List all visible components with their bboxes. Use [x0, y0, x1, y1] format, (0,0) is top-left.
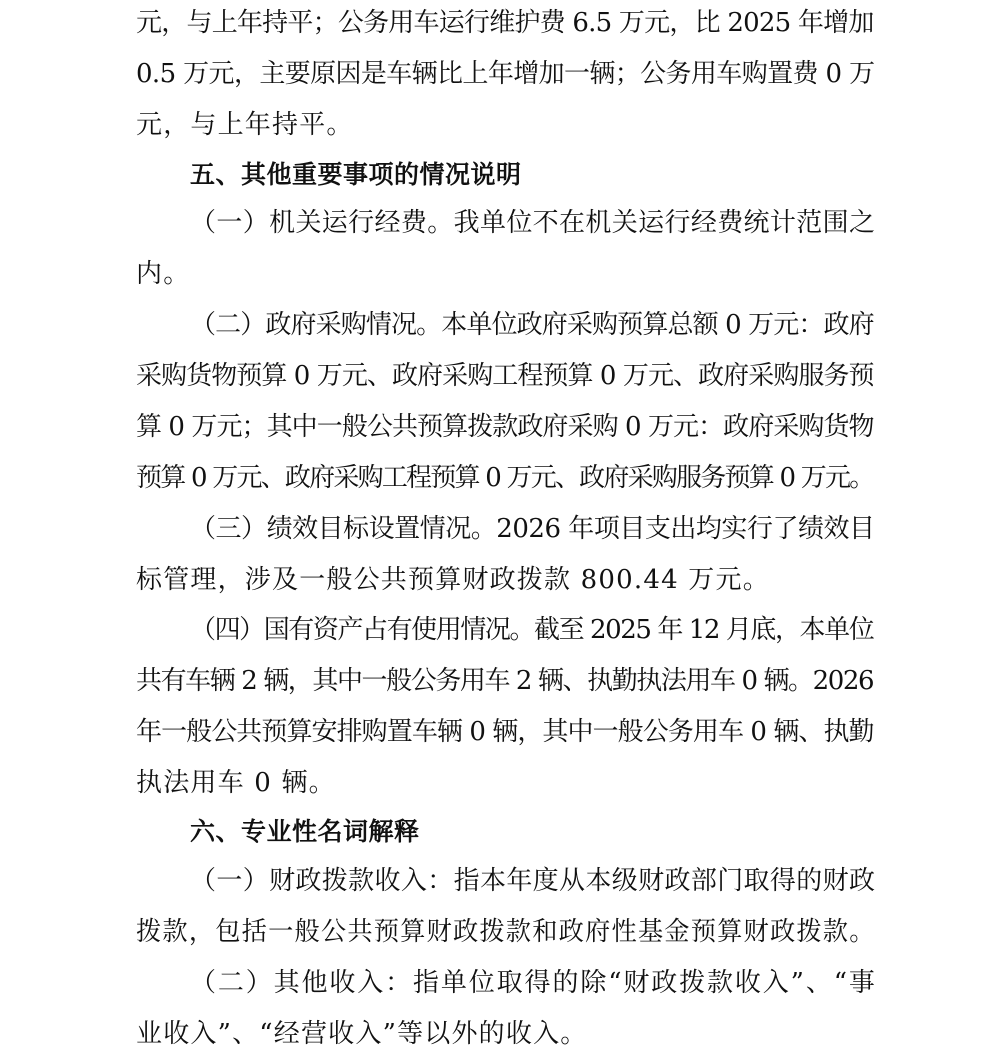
paragraph-line: 元，与上年持平。: [136, 100, 354, 151]
paragraph-line: 采购货物预算 0 万元、政府采购工程预算 0 万元、政府采购服务预: [136, 351, 874, 402]
paragraph-line: （一）机关运行经费。我单位不在机关运行经费统计范围之: [190, 198, 875, 249]
paragraph-line: （四）国有资产占有使用情况。截至 2025 年 12 月底，本单位: [190, 605, 873, 656]
paragraph-line: 年一般公共预算安排购置车辆 0 辆，其中一般公务用车 0 辆、执勤: [136, 707, 874, 758]
paragraph-line: 预算 0 万元、政府采购工程预算 0 万元、政府采购服务预算 0 万元。: [136, 453, 873, 504]
paragraph-line: 共有车辆 2 辆，其中一般公务用车 2 辆、执勤执法用车 0 辆。2026: [136, 656, 873, 707]
paragraph-line: 标管理，涉及一般公共预算财政拨款 800.44 万元。: [136, 555, 770, 606]
paragraph-line: （二）其他收入：指单位取得的除“财政拨款收入”、“事: [190, 958, 877, 1009]
paragraph-line: 拨款，包括一般公共预算财政拨款和政府性基金预算财政拨款。: [136, 907, 876, 958]
paragraph-line: 元，与上年持平；公务用车运行维护费 6.5 万元，比 2025 年增加: [136, 0, 874, 49]
paragraph-line: 业收入”、“经营收入”等以外的收入。: [136, 1009, 587, 1053]
paragraph-line: 0.5 万元，主要原因是车辆比上年增加一辆；公务用车购置费 0 万: [136, 49, 874, 100]
paragraph-line: （二）政府采购情况。本单位政府采购预算总额 0 万元：政府: [190, 300, 874, 351]
paragraph-line: 执法用车 0 辆。: [136, 758, 336, 809]
paragraph-line: 算 0 万元；其中一般公共预算拨款政府采购 0 万元：政府采购货物: [136, 402, 874, 453]
paragraph-line: 内。: [136, 249, 190, 300]
section-heading-other-matters: 五、其他重要事项的情况说明: [190, 149, 522, 200]
paragraph-line: （一）财政拨款收入：指本年度从本级财政部门取得的财政: [190, 856, 875, 907]
paragraph-line: （三）绩效目标设置情况。2026 年项目支出均实行了绩效目: [190, 504, 875, 555]
section-heading-terms: 六、专业性名词解释: [190, 806, 420, 857]
